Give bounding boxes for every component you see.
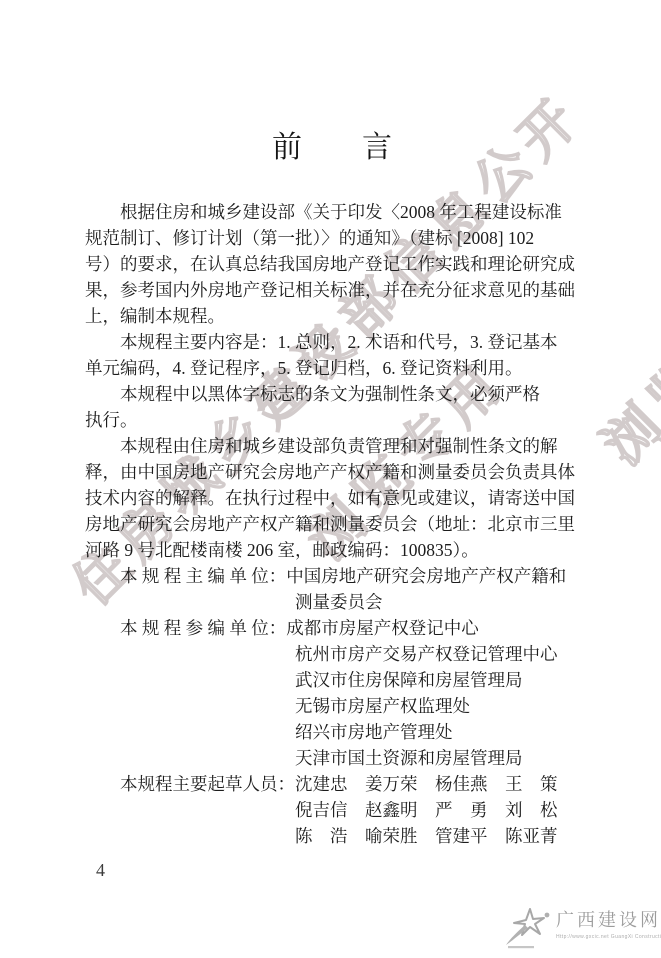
text-line: 号）的要求，在认真总结我国房地产登记工作实践和理论研究成: [85, 251, 585, 277]
document-body: 根据住房和城乡建设部《关于印发〈2008 年工程建设标准规范制订、修订计划（第一…: [85, 199, 585, 849]
text-line: 无锡市房屋产权监理处: [85, 693, 585, 719]
text-line: 陈 浩 喻荣胜 管建平 陈亚菁: [85, 823, 585, 849]
text-line: 释，由中国房地产研究会房地产产权产籍和测量委员会负责具体: [85, 459, 585, 485]
text-line: 武汉市住房保障和房屋管理局: [85, 667, 585, 693]
text-line: 倪吉信 赵鑫明 严 勇 刘 松: [85, 797, 585, 823]
text-line: 根据住房和城乡建设部《关于印发〈2008 年工程建设标准: [85, 199, 585, 225]
site-logo: 广西建设网 Http://www.gxcic.net GuangXi Const…: [500, 903, 658, 953]
text-line: 本 规 程 主 编 单 位：中国房地产研究会房地产产权产籍和: [85, 563, 585, 589]
text-line: 本规程由住房和城乡建设部负责管理和对强制性条文的解: [85, 433, 585, 459]
text-line: 本规程中以黑体字标志的条文为强制性条文，必须严格: [85, 381, 585, 407]
star-icon: [500, 903, 552, 951]
text-line: 测量委员会: [85, 589, 585, 615]
text-line: 执行。: [85, 407, 585, 433]
text-line: 果，参考国内外房地产登记相关标准，并在充分征求意见的基础: [85, 277, 585, 303]
logo-tagline: Http://www.gxcic.net GuangXi Constructio…: [556, 934, 661, 940]
text-line: 本规程主要内容是：1. 总则，2. 术语和代号，3. 登记基本: [85, 329, 585, 355]
text-line: 本 规 程 参 编 单 位：成都市房屋产权登记中心: [85, 615, 585, 641]
text-line: 本规程主要起草人员：沈建忠 姜万荣 杨佳燕 王 策: [85, 771, 585, 797]
logo-text-block: 广西建设网 Http://www.gxcic.net GuangXi Const…: [556, 909, 661, 940]
text-line: 技术内容的解释。在执行过程中，如有意见或建议，请寄送中国: [85, 485, 585, 511]
text-line: 河路 9 号北配楼南楼 206 室，邮政编码：100835）。: [85, 537, 585, 563]
text-line: 房地产研究会房地产产权产籍和测量委员会（地址：北京市三里: [85, 511, 585, 537]
text-line: 规范制订、修订计划（第一批）〉的通知》（建标 [2008] 102: [85, 225, 585, 251]
text-line: 单元编码，4. 登记程序，5. 登记归档，6. 登记资料利用。: [85, 355, 585, 381]
logo-name: 广西建设网: [556, 909, 661, 931]
document-page: 住房城乡建设部信息公开 浏览专用 浏览专用 前 言 根据住房和城乡建设部《关于印…: [0, 0, 661, 958]
text-line: 杭州市房产交易产权登记管理中心: [85, 641, 585, 667]
page-title: 前 言: [85, 128, 579, 168]
text-line: 上，编制本规程。: [85, 303, 585, 329]
page-number: 4: [96, 860, 105, 881]
text-line: 天津市国土资源和房屋管理局: [85, 745, 585, 771]
watermark-text-3: 浏览专用: [595, 258, 661, 474]
text-line: 绍兴市房地产管理处: [85, 719, 585, 745]
